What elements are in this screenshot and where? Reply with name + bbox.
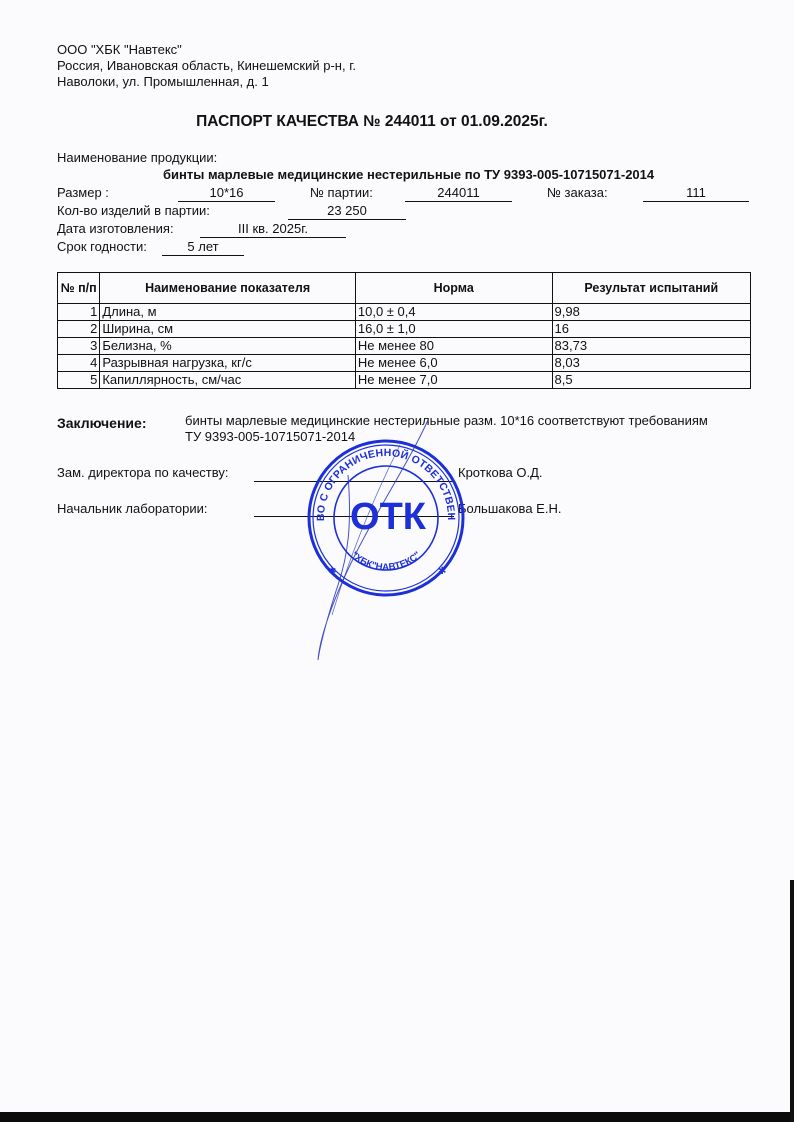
order-label: № заказа:	[547, 185, 608, 200]
company-name: ООО "ХБК "Навтекс"	[57, 42, 356, 58]
batch-label: № партии:	[310, 185, 373, 200]
document-title: ПАСПОРТ КАЧЕСТВА № 244011 от 01.09.2025г…	[0, 113, 794, 131]
table-row: 4 Разрывная нагрузка, кг/с Не менее 6,0 …	[58, 355, 751, 372]
row-name: Белизна, %	[100, 338, 356, 355]
row-result: 8,5	[552, 372, 750, 389]
row-norm: Не менее 6,0	[355, 355, 552, 372]
size-label: Размер :	[57, 185, 109, 200]
batch-value: 244011	[405, 185, 512, 202]
document-title-text: ПАСПОРТ КАЧЕСТВА № 244011 от 01.09.2025г…	[196, 113, 548, 131]
row-result: 8,03	[552, 355, 750, 372]
lab-head-name: Большакова Е.Н.	[458, 501, 561, 516]
row-result: 16	[552, 321, 750, 338]
product-label: Наименование продукции:	[57, 150, 217, 165]
row-norm: Не менее 80	[355, 338, 552, 355]
header-name: Наименование показателя	[100, 273, 356, 304]
row-name: Ширина, см	[100, 321, 356, 338]
table-row: 2 Ширина, см 16,0 ± 1,0 16	[58, 321, 751, 338]
row-norm: 10,0 ± 0,4	[355, 304, 552, 321]
header-num: № п/п	[58, 273, 100, 304]
product-name: бинты марлевые медицинские нестерильные …	[163, 167, 654, 182]
row-num: 3	[58, 338, 100, 355]
deputy-director-name: Кроткова О.Д.	[458, 465, 543, 480]
row-name: Разрывная нагрузка, кг/с	[100, 355, 356, 372]
row-result: 83,73	[552, 338, 750, 355]
size-value: 10*16	[178, 185, 275, 202]
lab-head-label: Начальник лаборатории:	[57, 501, 208, 516]
row-name: Капиллярность, см/час	[100, 372, 356, 389]
company-address-line1: Россия, Ивановская область, Кинешемский …	[57, 58, 356, 74]
conclusion-label: Заключение:	[57, 415, 146, 431]
table-row: 3 Белизна, % Не менее 80 83,73	[58, 338, 751, 355]
row-norm: Не менее 7,0	[355, 372, 552, 389]
row-num: 5	[58, 372, 100, 389]
table-header-row: № п/п Наименование показателя Норма Резу…	[58, 273, 751, 304]
row-num: 1	[58, 304, 100, 321]
qty-label: Кол-во изделий в партии:	[57, 203, 210, 218]
company-address-line2: Наволоки, ул. Промышленная, д. 1	[57, 74, 356, 90]
shelf-life-label: Срок годности:	[57, 239, 147, 254]
scan-edge-right	[790, 880, 794, 1122]
row-name: Длина, м	[100, 304, 356, 321]
row-num: 4	[58, 355, 100, 372]
qty-value: 23 250	[288, 203, 406, 220]
signature-scribble	[300, 415, 460, 670]
shelf-life-value: 5 лет	[162, 239, 244, 256]
header-norm: Норма	[355, 273, 552, 304]
order-value: 111	[643, 185, 749, 202]
row-num: 2	[58, 321, 100, 338]
scan-edge-bar	[0, 1112, 794, 1122]
table-row: 5 Капиллярность, см/час Не менее 7,0 8,5	[58, 372, 751, 389]
date-label: Дата изготовления:	[57, 221, 174, 236]
row-norm: 16,0 ± 1,0	[355, 321, 552, 338]
table-row: 1 Длина, м 10,0 ± 0,4 9,98	[58, 304, 751, 321]
company-header: ООО "ХБК "Навтекс" Россия, Ивановская об…	[57, 42, 356, 90]
quality-table: № п/п Наименование показателя Норма Резу…	[57, 272, 751, 389]
deputy-director-label: Зам. директора по качеству:	[57, 465, 228, 480]
date-value: III кв. 2025г.	[200, 221, 346, 238]
header-result: Результат испытаний	[552, 273, 750, 304]
row-result: 9,98	[552, 304, 750, 321]
